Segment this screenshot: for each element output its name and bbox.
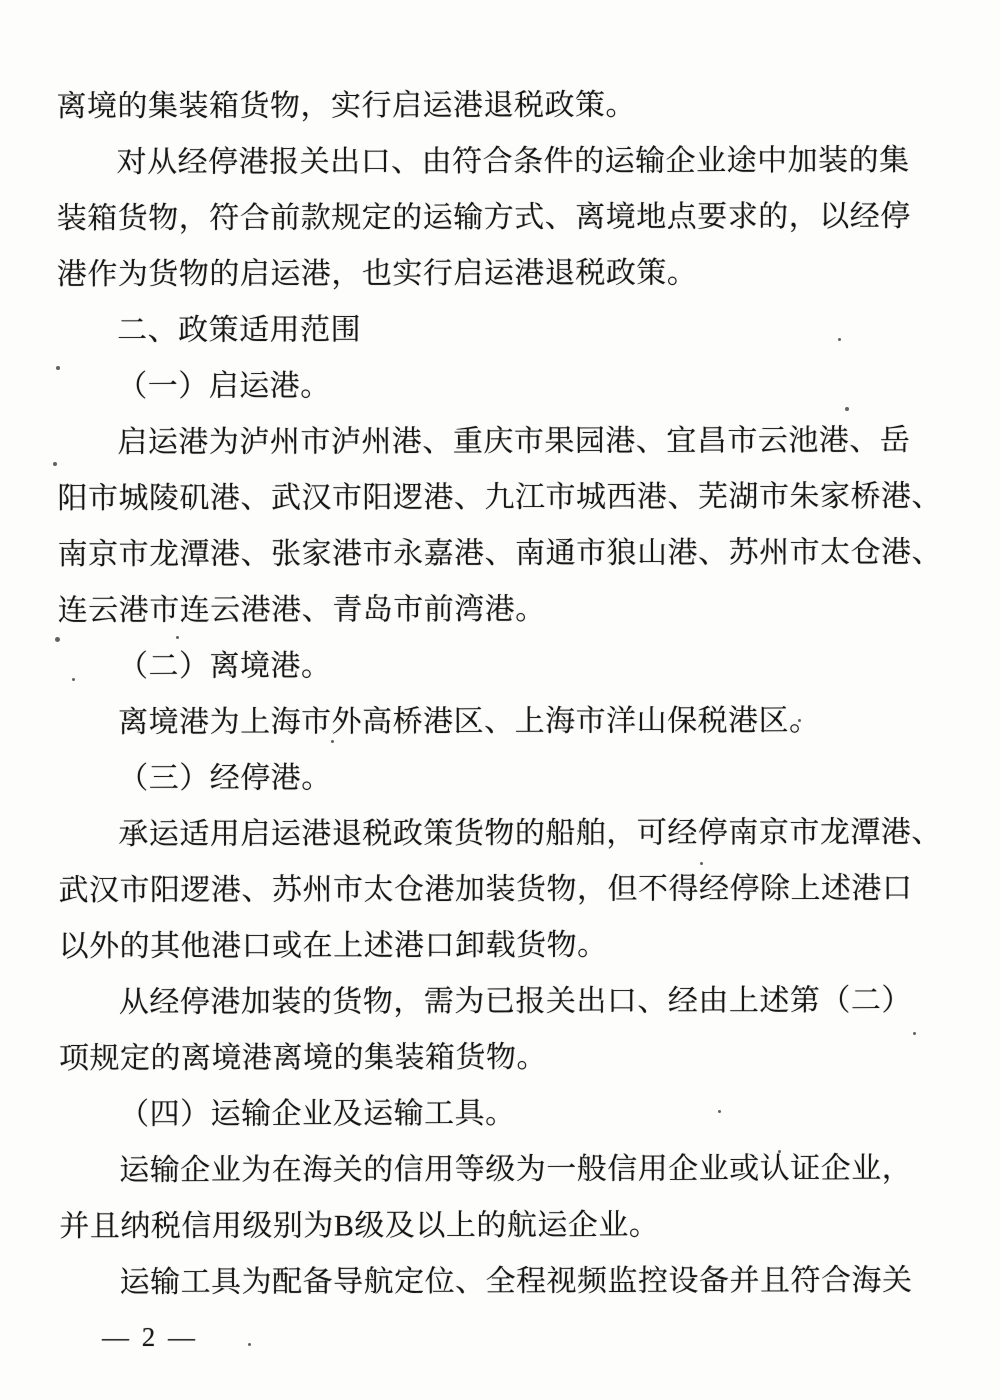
text-line: 南京市龙潭港、张家港市永嘉港、南通市狼山港、苏州市太仓港、 bbox=[58, 525, 948, 583]
scan-speck bbox=[798, 719, 801, 722]
text-line: 离境的集装箱货物，实行启运港退税政策。 bbox=[56, 77, 946, 135]
scan-speck bbox=[55, 637, 60, 642]
text-line: 以外的其他港口或在上述港口卸载货物。 bbox=[59, 917, 949, 975]
text-line: 对从经停港报关出口、由符合条件的运输企业途中加装的集 bbox=[57, 133, 947, 191]
scan-speck bbox=[56, 366, 60, 370]
text-line: 运输企业为在海关的信用等级为一般信用企业或认证企业， bbox=[59, 1141, 949, 1199]
scan-speck bbox=[905, 483, 909, 487]
text-line: （四）运输企业及运输工具。 bbox=[59, 1085, 949, 1143]
document-body: 离境的集装箱货物，实行启运港退税政策。对从经停港报关出口、由符合条件的运输企业途… bbox=[56, 77, 949, 1311]
scan-speck bbox=[838, 338, 841, 341]
text-line: 连云港市连云港港、青岛市前湾港。 bbox=[58, 581, 948, 639]
text-line: 港作为货物的启运港，也实行启运港退税政策。 bbox=[57, 245, 947, 303]
text-line: （二）离境港。 bbox=[58, 637, 948, 695]
text-line: 项规定的离境港离境的集装箱货物。 bbox=[59, 1029, 949, 1087]
page-number: — 2 — bbox=[102, 1322, 198, 1353]
scan-speck bbox=[248, 1343, 251, 1346]
scan-speck bbox=[700, 862, 703, 865]
scan-speck bbox=[53, 462, 57, 466]
text-line: 承运适用启运港退税政策货物的船舶，可经停南京市龙潭港、 bbox=[58, 805, 948, 863]
text-line: 装箱货物，符合前款规定的运输方式、离境地点要求的，以经停 bbox=[57, 189, 947, 247]
text-line: 武汉市阳逻港、苏州市太仓港加装货物，但不得经停除上述港口 bbox=[58, 861, 948, 919]
text-line: 二、政策适用范围 bbox=[57, 301, 947, 359]
scan-speck bbox=[778, 1150, 781, 1153]
document-page: 离境的集装箱货物，实行启运港退税政策。对从经停港报关出口、由符合条件的运输企业途… bbox=[0, 0, 1000, 1400]
text-line: （一）启运港。 bbox=[57, 357, 947, 415]
text-line: 并且纳税信用级别为B级及以上的航运企业。 bbox=[59, 1197, 949, 1255]
text-line: 启运港为泸州市泸州港、重庆市果园港、宜昌市云池港、岳 bbox=[57, 413, 947, 471]
scan-speck bbox=[72, 678, 75, 681]
text-line: 从经停港加装的货物，需为已报关出口、经由上述第（二） bbox=[59, 973, 949, 1031]
scan-speck bbox=[913, 1032, 916, 1035]
scan-speck bbox=[718, 1110, 721, 1113]
scan-speck bbox=[176, 636, 179, 639]
scan-speck bbox=[845, 407, 849, 411]
text-line: 阳市城陵矶港、武汉市阳逻港、九江市城西港、芜湖市朱家桥港、 bbox=[57, 469, 947, 527]
text-line: 离境港为上海市外高桥港区、上海市洋山保税港区。 bbox=[58, 693, 948, 751]
text-line: 运输工具为配备导航定位、全程视频监控设备并且符合海关 bbox=[59, 1253, 949, 1311]
text-line: （三）经停港。 bbox=[58, 749, 948, 807]
scan-speck bbox=[331, 740, 334, 743]
